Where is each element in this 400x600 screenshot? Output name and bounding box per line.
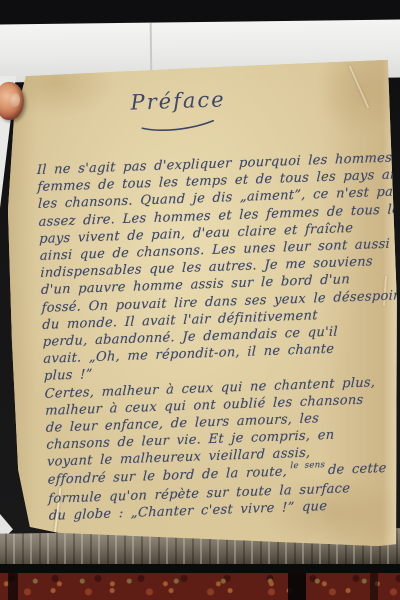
manuscript-page: Préface Il ne s'agit pas d'expliquer pou…	[6, 56, 398, 548]
page-title: Préface	[130, 87, 226, 114]
line-text: de cette	[328, 461, 387, 478]
carpet-seam	[8, 573, 18, 600]
carpet-seam	[288, 573, 306, 600]
manuscript-body: Il ne s'agit pas d'expliquer pourquoi le…	[37, 150, 400, 525]
carpet	[0, 573, 400, 600]
photo-stage: Préface Il ne s'agit pas d'expliquer pou…	[0, 0, 400, 600]
carpet-seam	[370, 573, 378, 600]
interlinear-insertion: le sens	[290, 460, 325, 471]
paper-crease	[349, 66, 370, 109]
fingernail	[10, 93, 20, 107]
title-underline-flourish	[139, 117, 217, 134]
manuscript-content: Préface Il ne s'agit pas d'expliquer pou…	[34, 78, 386, 90]
